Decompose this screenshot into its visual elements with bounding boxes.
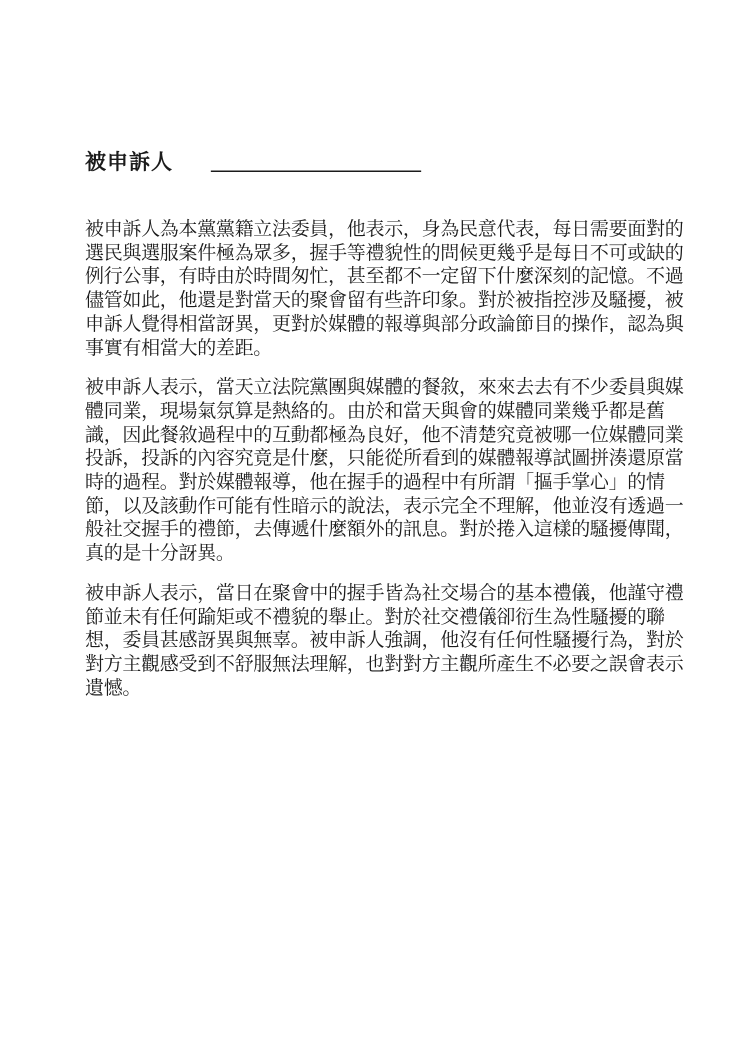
signature-blank-line: ____________________ bbox=[211, 150, 421, 175]
paragraph-3: 被申訴人表示，當日在聚會中的握手皆為社交場合的基本禮儀，他謹守禮 節並未有任何踰… bbox=[85, 582, 670, 701]
document-page: 被申訴人 ____________________ 被申訴人為本黨黨籍立法委員，… bbox=[0, 0, 750, 1061]
text-line: 選民與選服案件極為眾多，握手等禮貌性的問候更幾乎是每日不可或缺的 bbox=[85, 242, 670, 266]
text-line: 節，以及該動作可能有性暗示的說法，表示完全不理解，他並沒有透過一 bbox=[85, 495, 670, 519]
text-line: 事實有相當大的差距。 bbox=[85, 337, 670, 361]
text-line: 被申訴人表示，當天立法院黨團與媒體的餐敘，來來去去有不少委員與媒 bbox=[85, 376, 670, 400]
text-line: 儘管如此，他還是對當天的聚會留有些許印象。對於被指控涉及騷擾，被 bbox=[85, 289, 670, 313]
document-heading: 被申訴人 ____________________ bbox=[85, 146, 670, 172]
text-line: 對方主觀感受到不舒服無法理解，也對對方主觀所產生不必要之誤會表示 bbox=[85, 653, 670, 677]
text-line: 節並未有任何踰矩或不禮貌的舉止。對於社交禮儀卻衍生為性騷擾的聯 bbox=[85, 606, 670, 630]
text-line: 想，委員甚感訝異與無辜。被申訴人強調，他沒有任何性騷擾行為，對於 bbox=[85, 629, 670, 653]
text-line: 識，因此餐敘過程中的互動都極為良好，他不清楚究竟被哪一位媒體同業 bbox=[85, 424, 670, 448]
text-line: 時的過程。對於媒體報導，他在握手的過程中有所謂「摳手掌心」的情 bbox=[85, 471, 670, 495]
paragraph-1: 被申訴人為本黨黨籍立法委員，他表示，身為民意代表，每日需要面對的 選民與選服案件… bbox=[85, 218, 670, 360]
text-line: 投訴，投訴的內容究竟是什麼，只能從所看到的媒體報導試圖拼湊還原當 bbox=[85, 447, 670, 471]
document-body: 被申訴人為本黨黨籍立法委員，他表示，身為民意代表，每日需要面對的 選民與選服案件… bbox=[85, 218, 670, 700]
text-line: 被申訴人表示，當日在聚會中的握手皆為社交場合的基本禮儀，他謹守禮 bbox=[85, 582, 670, 606]
document-content: 被申訴人 ____________________ 被申訴人為本黨黨籍立法委員，… bbox=[85, 146, 670, 716]
text-line: 被申訴人為本黨黨籍立法委員，他表示，身為民意代表，每日需要面對的 bbox=[85, 218, 670, 242]
text-line: 般社交握手的禮節，去傳遞什麼額外的訊息。對於捲入這樣的騷擾傳聞， bbox=[85, 518, 670, 542]
text-line: 例行公事，有時由於時間匆忙，甚至都不一定留下什麼深刻的記憶。不過 bbox=[85, 265, 670, 289]
text-line: 體同業，現場氣氛算是熱絡的。由於和當天與會的媒體同業幾乎都是舊 bbox=[85, 400, 670, 424]
text-line: 真的是十分訝異。 bbox=[85, 542, 670, 566]
text-line: 申訴人覺得相當訝異，更對於媒體的報導與部分政論節目的操作，認為與 bbox=[85, 313, 670, 337]
respondent-heading-label: 被申訴人 bbox=[85, 146, 173, 176]
text-line: 遺憾。 bbox=[85, 677, 670, 701]
paragraph-2: 被申訴人表示，當天立法院黨團與媒體的餐敘，來來去去有不少委員與媒 體同業，現場氣… bbox=[85, 376, 670, 566]
